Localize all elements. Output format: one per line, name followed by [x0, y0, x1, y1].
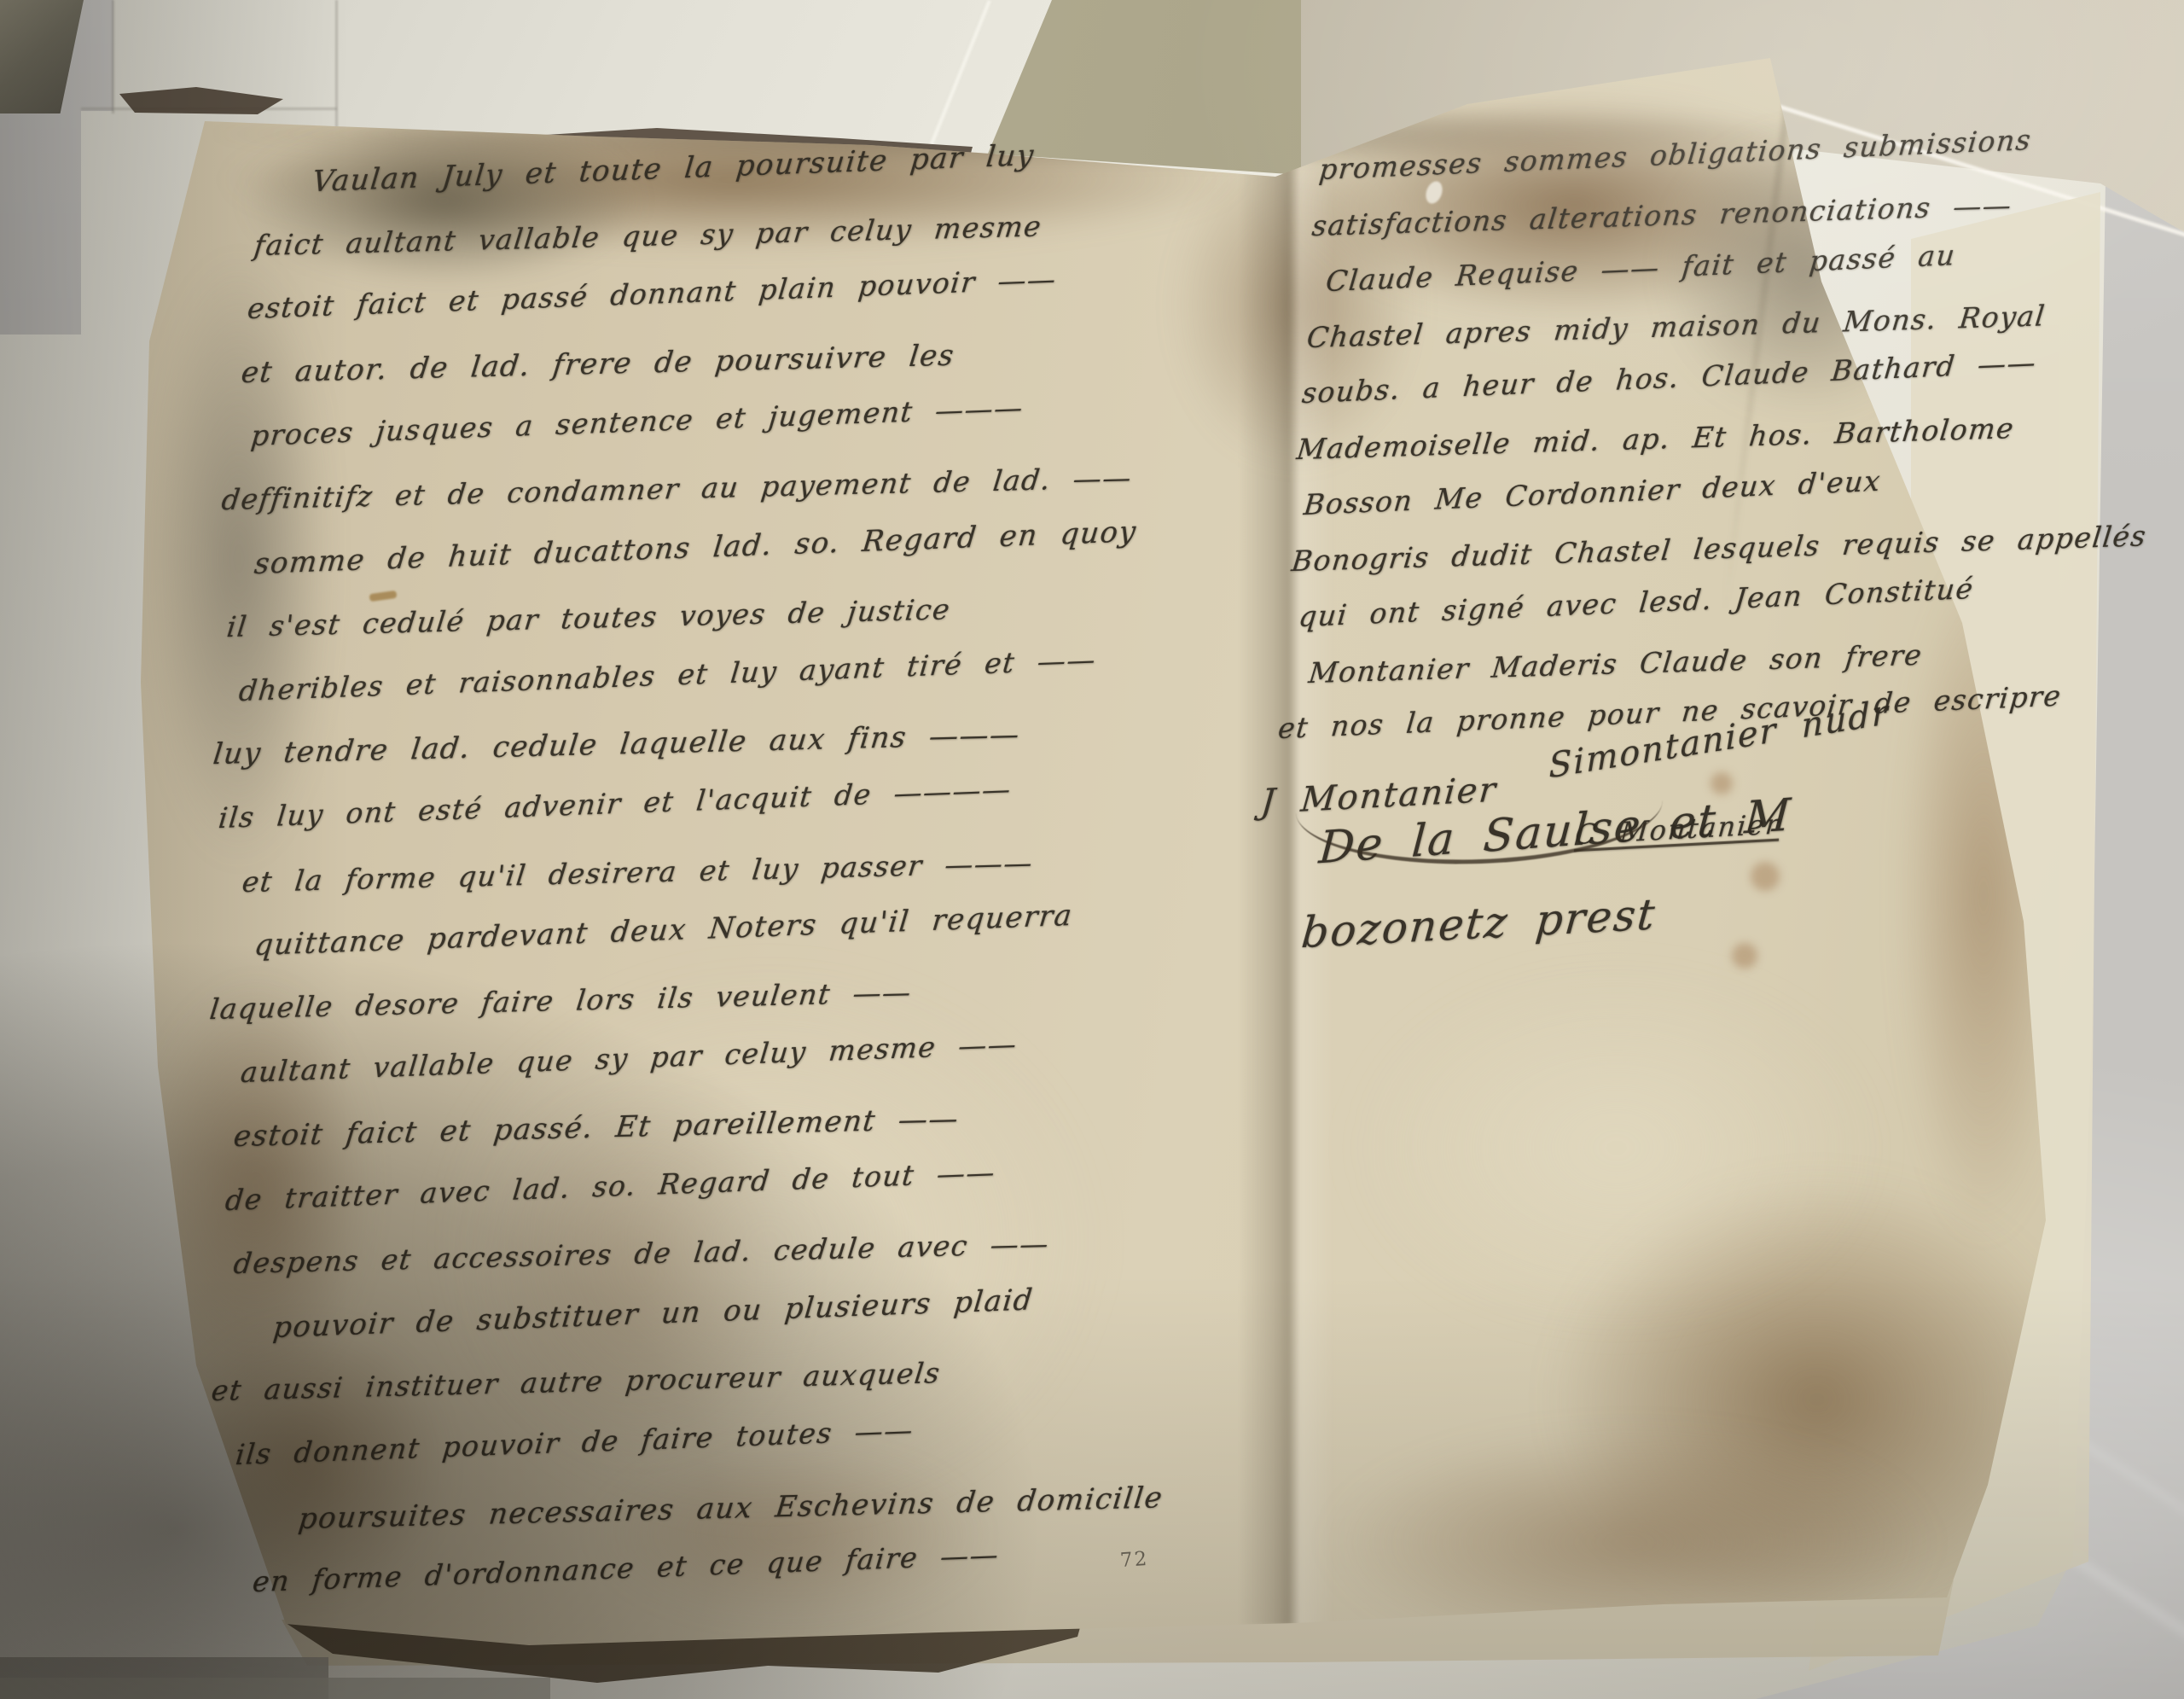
handwritten-line: ils luy ont esté advenir et l'acquit de … [218, 775, 1014, 832]
handwritten-line: il s'est cedulé par toutes voyes de just… [225, 595, 952, 641]
handwritten-line: Chastel apres midy maison du Mons. Royal [1305, 301, 2047, 352]
handwritten-line: luy tendre lad. cedule laquelle aux fins… [212, 720, 1022, 769]
handwriting-layer: Vaulan July et toute la poursuite par lu… [0, 0, 2184, 1699]
handwritten-line: soubs. a heur de hos. Claude Bathard —— [1301, 348, 2038, 407]
handwritten-line: laquelle desore faire lors ils veulent —… [208, 978, 914, 1023]
handwritten-line: faict aultant vallable que sy par celuy … [253, 212, 1043, 259]
handwritten-line: aultant vallable que sy par celuy mesme … [240, 1030, 1019, 1087]
handwritten-line: satisfactions alterations renonciations … [1310, 191, 2013, 240]
handwritten-line: Bosson Me Cordonnier deux d'eux [1303, 467, 1883, 520]
handwritten-line: somme de huit ducattons lad. so. Regard … [253, 517, 1138, 579]
handwritten-line: promesses sommes obligations submissions [1318, 125, 2033, 183]
handwritten-line: quittance pardevant deux Noters qu'il re… [253, 901, 1074, 960]
handwritten-line: qui ont signé avec lesd. Jean Constitué [1298, 574, 1976, 631]
handwritten-line: Bonogris dudit Chastel lesquels requis s… [1290, 521, 2148, 575]
handwritten-line: deffinitifz et de condamner au payement … [220, 463, 1134, 514]
handwritten-line: Claude Requise —— fait et passé au [1325, 241, 1957, 295]
sheet-edge-step [0, 1678, 550, 1699]
foxing-spot [1711, 772, 1733, 794]
handwritten-line: dheribles et raisonnables et luy ayant t… [238, 645, 1098, 705]
handwritten-line: et la forme qu'il desirera et luy passer… [241, 848, 1035, 896]
handwritten-line: poursuites necessaires aux Eschevins de … [297, 1483, 1165, 1533]
handwritten-line: proces jusques a sentence et jugement ——… [250, 393, 1025, 450]
handwritten-line: et aussi instituer autre procureur auxqu… [210, 1359, 942, 1405]
handwritten-line: Mademoiselle mid. ap. Et hos. Bartholome [1295, 414, 2016, 463]
handwritten-line: ils donnent pouvoir de faire toutes —— [235, 1416, 915, 1469]
handwritten-line: Vaulan July et toute la poursuite par lu… [311, 141, 1036, 196]
handwritten-line: estoit faict et passé donnant plain pouv… [247, 265, 1059, 323]
handwritten-line: et autor. de lad. frere de poursuivre le… [240, 341, 956, 388]
photo-of-open-manuscript: Vaulan July et toute la poursuite par lu… [0, 0, 2184, 1699]
handwritten-line: pouvoir de substituer un ou plusieurs pl… [271, 1285, 1034, 1342]
handwritten-line: Montanier Maderis Claude son frere [1307, 641, 1924, 687]
handwritten-line: estoit faict et passé. Et pareillement —… [232, 1104, 961, 1151]
handwritten-line: de traitter avec lad. so. Regard de tout… [224, 1158, 997, 1214]
handwritten-line: en forme d'ordonnance et ce que faire —— [252, 1540, 1001, 1596]
foxing-spot [1732, 943, 1757, 969]
handwritten-line: bozonetz prest [1300, 893, 1658, 954]
foxing-spot [1751, 862, 1780, 891]
handwritten-line: despens et accessoires de lad. cedule av… [232, 1230, 1051, 1277]
page-number: 72 [1119, 1548, 1149, 1572]
